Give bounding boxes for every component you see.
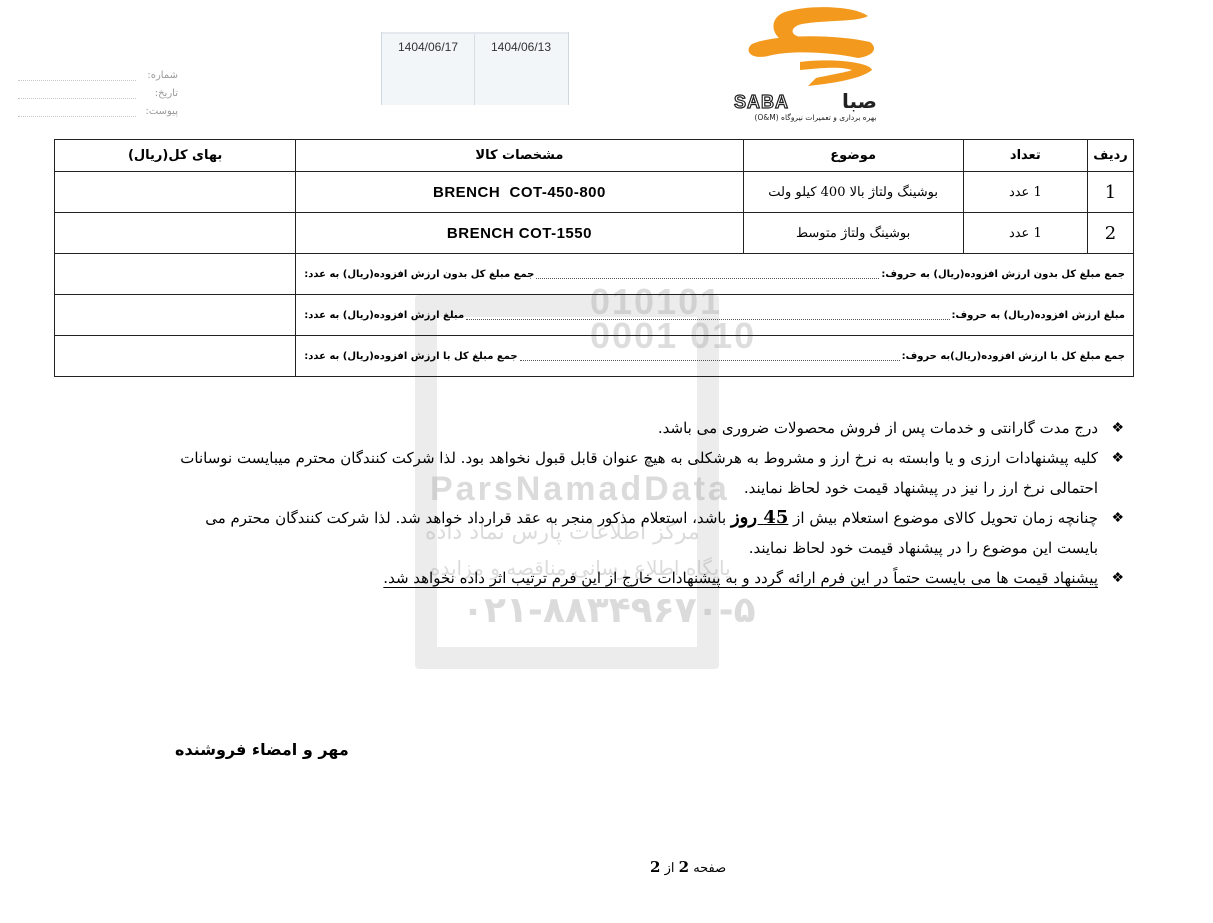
meta-attachment-line: [18, 116, 136, 117]
page-label: صفحه: [693, 861, 726, 876]
total-words-line: [520, 352, 900, 361]
date-strip: 1404/06/17 1404/06/13: [381, 32, 569, 105]
row-subject: بوشینگ ولتاژ بالا 400 کیلو ولت: [743, 172, 963, 213]
svg-text:SABA: SABA: [734, 92, 789, 112]
saba-logo: SABA صبا: [730, 4, 900, 124]
meta-attachment-label: پیوست:: [145, 106, 178, 117]
header-specs: مشخصات کالا: [296, 140, 743, 172]
meta-attachment: پیوست:: [18, 106, 178, 124]
row-total-price[interactable]: [55, 213, 296, 254]
total-words-label: جمع مبلغ کل با ارزش افزوده(ریال)به حروف:: [902, 351, 1125, 362]
meta-number: شماره:: [18, 70, 178, 88]
page-of: از: [665, 861, 675, 876]
total-number-label: جمع مبلغ کل با ارزش افزوده(ریال) به عدد:: [304, 351, 517, 362]
total-words-cell[interactable]: جمع مبلغ کل با ارزش افزوده(ریال)به حروف:…: [296, 336, 1134, 377]
logo-tagline: بهره برداری و تعمیرات نیروگاه (O&M): [728, 113, 903, 122]
subtotal-value[interactable]: [55, 254, 296, 295]
header-subject: موضوع: [743, 140, 963, 172]
diamond-bullet-icon: ❖: [1111, 443, 1124, 473]
row-index: 1: [1088, 172, 1134, 213]
subtotal-words-line: [536, 270, 879, 279]
meta-number-line: [18, 80, 136, 81]
items-table: ردیف تعداد موضوع مشخصات کالا بهای کل(ریا…: [54, 139, 1134, 377]
note-text: کلیه پیشنهادات ارزی و یا وابسته به نرخ ا…: [180, 449, 1098, 497]
row-specs: BRENCH COT-1550: [296, 213, 743, 254]
meta-date: تاریخ:: [18, 88, 178, 106]
note-text: پیشنهاد قیمت ها می بایست حتماً در این فر…: [383, 569, 1098, 587]
row-specs: BRENCH COT-450-800: [296, 172, 743, 213]
note-text: درج مدت گارانتی و خدمات پس از فروش محصول…: [658, 419, 1098, 437]
vat-words-cell[interactable]: مبلغ ارزش افزوده(ریال) به حروف: مبلغ ارز…: [296, 295, 1134, 336]
note-item: ❖ چنانچه زمان تحویل کالای موضوع استعلام …: [170, 503, 1130, 563]
subtotal-words-cell[interactable]: جمع مبلغ کل بدون ارزش افزوده(ریال) به حر…: [296, 254, 1134, 295]
row-total-price[interactable]: [55, 172, 296, 213]
table-header-row: ردیف تعداد موضوع مشخصات کالا بهای کل(ریا…: [55, 140, 1134, 172]
page-current: 2: [679, 858, 689, 876]
row-quantity: 1 عدد: [963, 213, 1087, 254]
note-highlight-days: 45 روز: [731, 507, 788, 528]
svg-text:صبا: صبا: [842, 89, 877, 113]
page-number: صفحه 2 از 2: [650, 858, 726, 876]
summary-row-total: جمع مبلغ کل با ارزش افزوده(ریال)به حروف:…: [55, 336, 1134, 377]
diamond-bullet-icon: ❖: [1111, 563, 1124, 593]
note-item: ❖ پیشنهاد قیمت ها می بایست حتماً در این …: [170, 563, 1130, 593]
meta-number-label: شماره:: [147, 70, 178, 81]
date-end: 1404/06/17: [382, 32, 474, 105]
page-total: 2: [650, 858, 660, 876]
header-total-price: بهای کل(ریال): [55, 140, 296, 172]
note-item: ❖ درج مدت گارانتی و خدمات پس از فروش محص…: [170, 413, 1130, 443]
table-row: 1 1 عدد بوشینگ ولتاژ بالا 400 کیلو ولت B…: [55, 172, 1134, 213]
vat-number-label: مبلغ ارزش افزوده(ریال) به عدد:: [304, 310, 464, 321]
row-subject: بوشینگ ولتاژ متوسط: [743, 213, 963, 254]
diamond-bullet-icon: ❖: [1111, 413, 1124, 443]
total-value[interactable]: [55, 336, 296, 377]
vat-words-label: مبلغ ارزش افزوده(ریال) به حروف:: [952, 310, 1125, 321]
vat-value[interactable]: [55, 295, 296, 336]
meta-date-line: [18, 98, 136, 99]
date-start: 1404/06/13: [475, 32, 567, 105]
watermark-phone: ۰۲۱-۸۸۳۴۹۶۷۰-۵: [462, 590, 756, 631]
saba-logo-icon: SABA صبا: [730, 4, 900, 114]
subtotal-number-label: جمع مبلغ کل بدون ارزش افزوده(ریال) به عد…: [304, 269, 534, 280]
diamond-bullet-icon: ❖: [1111, 503, 1124, 533]
row-quantity: 1 عدد: [963, 172, 1087, 213]
subtotal-words-label: جمع مبلغ کل بدون ارزش افزوده(ریال) به حر…: [881, 269, 1125, 280]
summary-row-vat: مبلغ ارزش افزوده(ریال) به حروف: مبلغ ارز…: [55, 295, 1134, 336]
table-row: 2 1 عدد بوشینگ ولتاژ متوسط BRENCH COT-15…: [55, 213, 1134, 254]
vat-words-line: [466, 311, 949, 320]
note-item: ❖ کلیه پیشنهادات ارزی و یا وابسته به نرخ…: [170, 443, 1130, 503]
header-index: ردیف: [1088, 140, 1134, 172]
letter-meta: شماره: تاریخ: پیوست:: [18, 70, 178, 124]
row-index: 2: [1088, 213, 1134, 254]
notes-list: ❖ درج مدت گارانتی و خدمات پس از فروش محص…: [170, 413, 1130, 593]
header-quantity: تعداد: [963, 140, 1087, 172]
note-text-before: چنانچه زمان تحویل کالای موضوع استعلام بی…: [793, 509, 1098, 527]
meta-date-label: تاریخ:: [155, 88, 178, 99]
summary-row-subtotal: جمع مبلغ کل بدون ارزش افزوده(ریال) به حر…: [55, 254, 1134, 295]
seller-signature-label: مهر و امضاء فروشنده: [175, 740, 349, 759]
